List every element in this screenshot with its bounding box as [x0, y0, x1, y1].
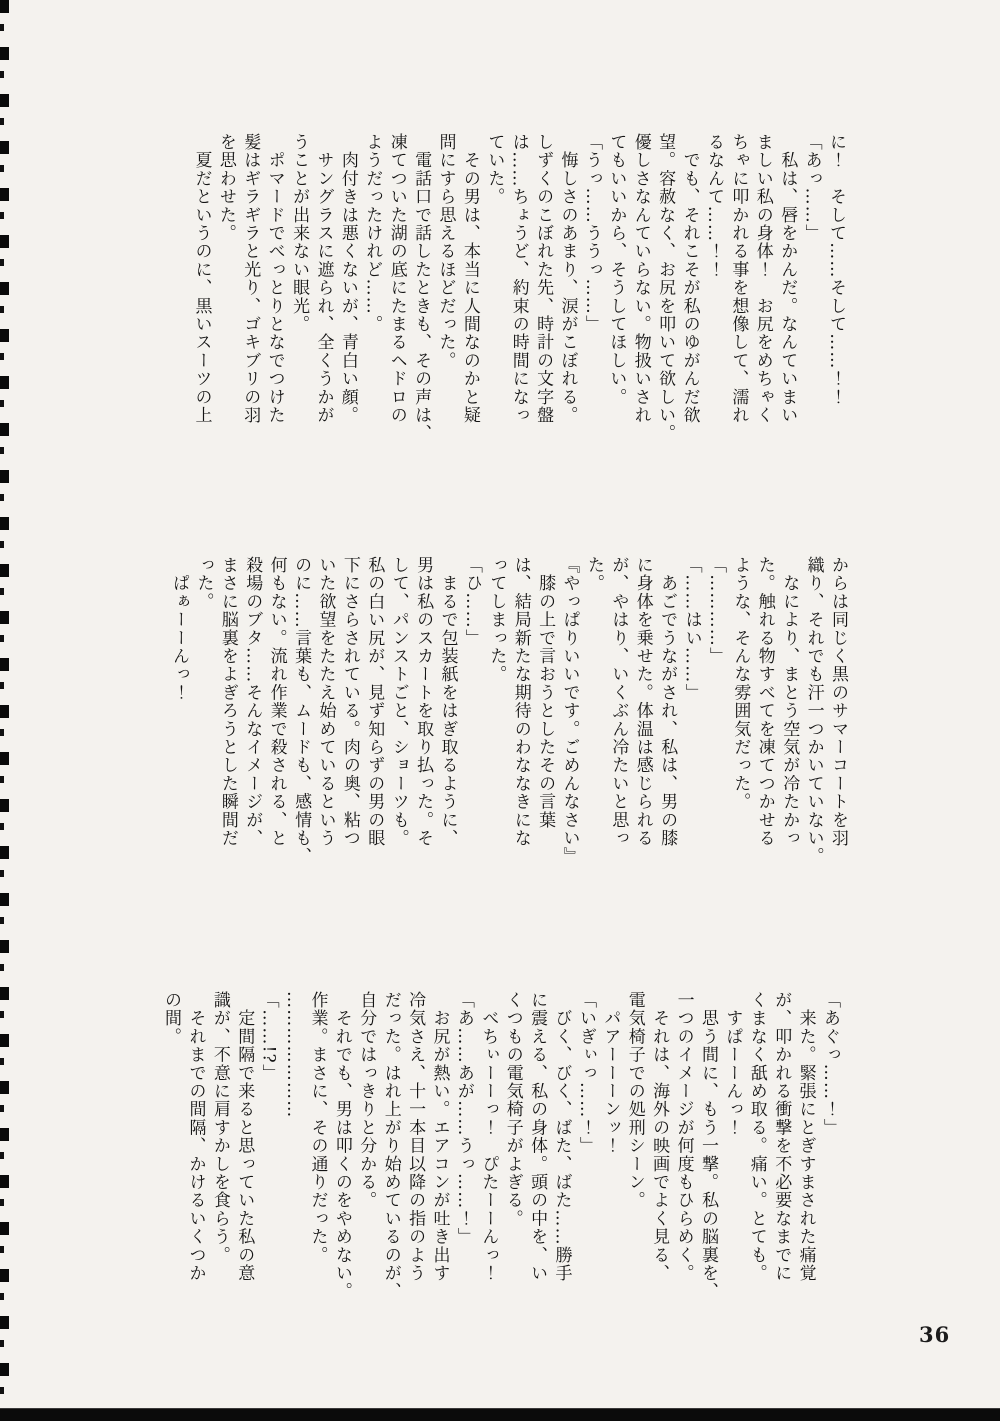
text-column: 「あぐっ……！」 [818, 991, 842, 1315]
text-column: は……ちょうど、約束の時間になっ [506, 133, 530, 457]
text-column: 殺場のブタ……そんなイメージが、 [240, 556, 264, 880]
text-column: に！ そして……そして……！！ [824, 133, 848, 457]
text-column: 優しさなんていらない。物扱いされ [628, 133, 652, 457]
text-column: ようだったけれど……。 [360, 133, 384, 457]
text-column: だった。はれ上がり始めているのが、 [378, 991, 402, 1315]
text-column: なにより、まとう空気が冷たかっ [777, 556, 801, 880]
text-column: 私は、唇をかんだ。なんていまい [775, 133, 799, 457]
text-column: 「いぎぃっ……！」 [574, 991, 598, 1315]
text-column: の間。 [159, 991, 183, 1315]
text-block-bottom: 「あぐっ……！」 来た。緊張にとぎすまされた痛覚が、叩かれる衝撃を不必要なまでに… [159, 991, 842, 1315]
binding-marks-decoration [0, 0, 9, 1421]
text-column: 下にさらされている。肉の奥、粘つ [337, 556, 361, 880]
text-column: 肉付きは悪くないが、青白い顔。 [335, 133, 359, 457]
text-column: くまなく舐め取る。痛い。とても。 [744, 991, 768, 1315]
text-column: それは、海外の映画でよく見る、 [647, 991, 671, 1315]
text-column: た。 [582, 556, 606, 880]
text-column: を思わせた。 [213, 133, 237, 457]
text-column: ような、そんな雰囲気だった。 [728, 556, 752, 880]
text-column: して、パンストごと、ショーツも。 [386, 556, 410, 880]
text-column: ってしまった。 [484, 556, 508, 880]
text-column: まさに脳裏をよぎろうとした瞬間だ [215, 556, 239, 880]
text-column: からは同じく黒のサマーコートを羽 [826, 556, 850, 880]
text-column: ましい私の身体！ お尻をめちゃく [750, 133, 774, 457]
text-column: ポマードでべっとりとなでつけた [262, 133, 286, 457]
text-block-top: に！ そして……そして……！！「あっ……」 私は、唇をかんだ。なんていまいましい… [189, 133, 848, 457]
text-column: それでも、男は叩くのをやめない。 [329, 991, 353, 1315]
text-block-middle: からは同じく黒のサマーコートを羽織り、それでも汗一つかいていない。 なにより、ま… [167, 556, 850, 880]
text-column: 思う間に、もう一撃。私の脳裏を、 [696, 991, 720, 1315]
text-column: った。 [191, 556, 215, 880]
text-column: た。触れる物すべてを凍てつかせる [752, 556, 776, 880]
text-column: に震える、私の身体。頭の中を、い [525, 991, 549, 1315]
text-column: 作業。まさに、その通りだった。 [305, 991, 329, 1315]
text-column: あごでうながされ、私は、男の膝 [655, 556, 679, 880]
text-column: 識が、不意に肩すかしを食らう。 [207, 991, 231, 1315]
text-column: ていた。 [482, 133, 506, 457]
text-column: 一つのイメージが何度もひらめく。 [671, 991, 695, 1315]
text-column: 髪はギラギラと光り、ゴキブリの羽 [238, 133, 262, 457]
text-column: のに……言葉も、ムードも、感情も、 [289, 556, 313, 880]
text-column: すぱーーんっ！ [720, 991, 744, 1315]
text-column: うことが出来ない眼光。 [287, 133, 311, 457]
text-column: その男は、本当に人間なのかと疑 [458, 133, 482, 457]
text-column: 「ひ……」 [460, 556, 484, 880]
text-column: が、やはり、いくぶん冷たいと思っ [606, 556, 630, 880]
text-column: いた欲望をたたえ始めているという [313, 556, 337, 880]
text-column: は、結局新たな期待のわななきにな [508, 556, 532, 880]
text-column: 望。容赦なく、お尻を叩いて欲しい。 [653, 133, 677, 457]
text-column: 悔しさのあまり、涙がこぼれる。 [555, 133, 579, 457]
text-column: 膝の上で言おうとしたその言葉 [533, 556, 557, 880]
text-column: しずくのこぼれた先、時計の文字盤 [531, 133, 555, 457]
text-column: 「……!?」 [256, 991, 280, 1315]
text-column: まるで包装紙をはぎ取るように、 [435, 556, 459, 880]
text-column: サングラスに遮られ、全くうかが [311, 133, 335, 457]
text-column: 織り、それでも汗一つかいていない。 [801, 556, 825, 880]
text-column: 夏だというのに、黒いスーツの上 [189, 133, 213, 457]
text-column: でも、それこそが私のゆがんだ欲 [677, 133, 701, 457]
text-column: 問にすら思えるほどだった。 [433, 133, 457, 457]
text-column: 凍てついた湖の底にたまるヘドロの [384, 133, 408, 457]
text-column: が、叩かれる衝撃を不必要なまでに [769, 991, 793, 1315]
text-column: パアーーーンッ！ [598, 991, 622, 1315]
text-column: 冷気さえ、十一本目以降の指のよう [403, 991, 427, 1315]
text-column: 来た。緊張にとぎすまされた痛覚 [793, 991, 817, 1315]
text-column: 男は私のスカートを取り払った。そ [411, 556, 435, 880]
text-column: 私の白い尻が、見ず知らずの男の眼 [362, 556, 386, 880]
text-column: 『やっぱりいいです。ごめんなさい』 [557, 556, 581, 880]
text-column: 「……はい……」 [679, 556, 703, 880]
text-column: 電気椅子での処刑シーン。 [622, 991, 646, 1315]
text-column: 電話口で話したときも、その声は、 [409, 133, 433, 457]
text-column: びく、びく、ばた、ばた……勝手 [549, 991, 573, 1315]
page-number: 36 [919, 1322, 950, 1347]
text-column: るなんて……！！ [702, 133, 726, 457]
text-column: ぱぁーーんっ！ [167, 556, 191, 880]
text-column: くつもの電気椅子がよぎる。 [500, 991, 524, 1315]
text-column: 「あっ……」 [799, 133, 823, 457]
text-column: てもいいから、そうしてほしい。 [604, 133, 628, 457]
text-column: 自分ではっきりと分かる。 [354, 991, 378, 1315]
text-column: それまでの間隔、かけるいくつか [183, 991, 207, 1315]
text-column: 「あ……あが……うっ……！」 [452, 991, 476, 1315]
text-column: 「うっ……ううっ……」 [580, 133, 604, 457]
text-column: ちゃに叩かれる事を想像して、濡れ [726, 133, 750, 457]
text-column: 「…………」 [704, 556, 728, 880]
text-column: お尻が熱い。エアコンが吐き出す [427, 991, 451, 1315]
text-column: 何もない。流れ作業で殺される、と [264, 556, 288, 880]
text-column: ………………… [281, 991, 305, 1315]
text-column: べちぃーーっ！ ぴたーーんっ！ [476, 991, 500, 1315]
text-column: 定間隔で来ると思っていた私の意 [232, 991, 256, 1315]
scanned-page: に！ そして……そして……！！「あっ……」 私は、唇をかんだ。なんていまいましい… [0, 0, 1000, 1421]
text-column: に身体を乗せた。体温は感じられる [630, 556, 654, 880]
scan-edge-bottom [0, 1408, 1000, 1421]
